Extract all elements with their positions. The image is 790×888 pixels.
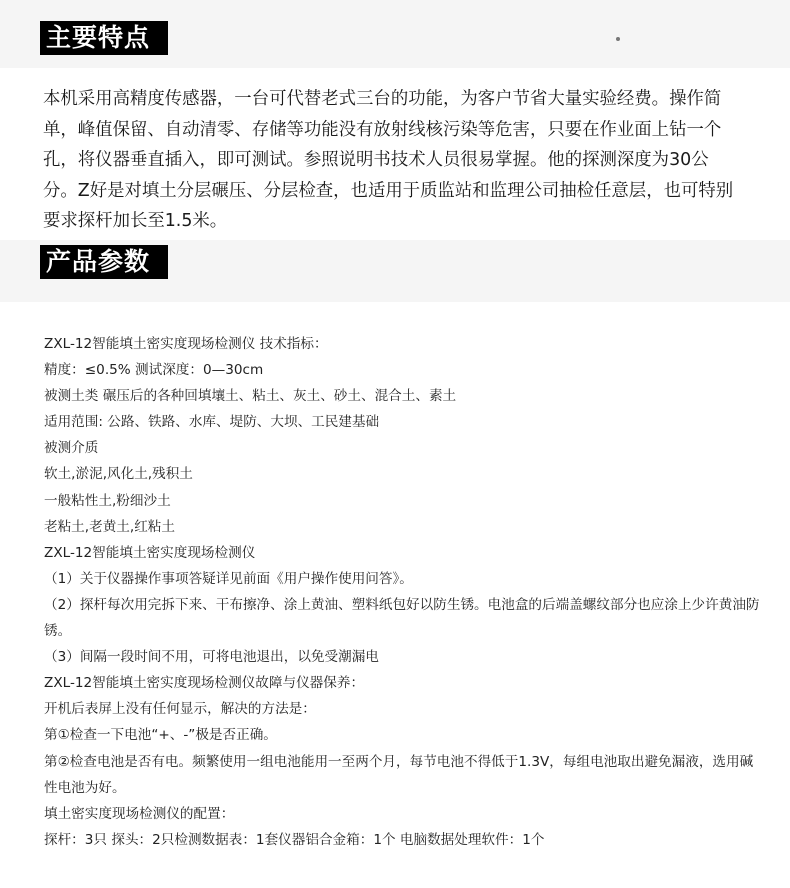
dust-speck	[616, 37, 620, 41]
section-header-features: 主要特点	[0, 0, 790, 68]
param-line: （3）间隔一段时间不用，可将电池退出，以免受潮漏电	[44, 644, 764, 670]
param-line: 第①检查一下电池“+、-”极是否正确。	[44, 722, 764, 748]
param-line: 软土,淤泥,风化土,残积土	[44, 461, 764, 487]
section-header-params: 产品参数	[0, 240, 790, 302]
param-line: 第②检查电池是否有电。频繁使用一组电池能用一至两个月，每节电池不得低于1.3V，…	[44, 749, 764, 801]
param-line: 精度：≤0.5% 测试深度：0—30cm	[44, 357, 764, 383]
param-line: 被测土类 碾压后的各种回填壤土、粘土、灰土、砂土、混合土、素土	[44, 383, 764, 409]
param-line: ZXL-12智能填土密实度现场检测仪	[44, 540, 764, 566]
param-line: 开机后表屏上没有任何显示，解决的方法是：	[44, 696, 764, 722]
param-line: 一般粘性土,粉细沙土	[44, 488, 764, 514]
section-title-features: 主要特点	[40, 21, 168, 55]
param-line: （1）关于仪器操作事项答疑详见前面《用户操作使用问答》。	[44, 566, 764, 592]
param-line: 适用范围: 公路、铁路、水库、堤防、大坝、工民建基础	[44, 409, 764, 435]
param-line: （2）探杆每次用完拆下来、干布擦净、涂上黄油、塑料纸包好以防生锈。电池盒的后端盖…	[44, 592, 764, 644]
param-line: 填土密实度现场检测仪的配置：	[44, 801, 764, 827]
features-paragraph: 本机采用高精度传感器，一台可代替老式三台的功能，为客户节省大量实验经费。操作简单…	[43, 84, 743, 237]
param-line: 老粘土,老黄土,红粘土	[44, 514, 764, 540]
param-line: 探杆：3只 探头：2只检测数据表：1套仪器铝合金箱：1个 电脑数据处理软件：1个	[44, 827, 764, 853]
section-title-params: 产品参数	[40, 245, 168, 279]
param-line: ZXL-12智能填土密实度现场检测仪故障与仪器保养：	[44, 670, 764, 696]
param-line: 被测介质	[44, 435, 764, 461]
params-list: ZXL-12智能填土密实度现场检测仪 技术指标： 精度：≤0.5% 测试深度：0…	[44, 331, 764, 853]
param-line: ZXL-12智能填土密实度现场检测仪 技术指标：	[44, 331, 764, 357]
